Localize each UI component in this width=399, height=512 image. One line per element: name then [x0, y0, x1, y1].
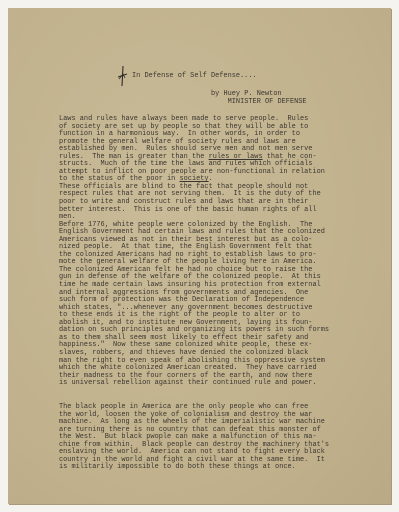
paragraph-2: The black people in America are the only…: [59, 404, 329, 472]
byline: by Huey P. Newton MINISTER OF DEFENSE: [211, 91, 307, 106]
text-line: is militarily impossible to do both thes…: [59, 464, 329, 472]
paragraph-1: Laws and rules have always been made to …: [59, 116, 329, 388]
document-page: In Defense of Self Defense.... by Huey P…: [8, 8, 391, 504]
text-line: better interest. This is one of the basi…: [59, 207, 329, 215]
text-line: is universal rebellion against their con…: [59, 380, 329, 388]
author-role: MINISTER OF DEFENSE: [228, 98, 307, 106]
document-title: In Defense of Self Defense....: [132, 73, 257, 81]
handwritten-mark-icon: [116, 65, 128, 87]
